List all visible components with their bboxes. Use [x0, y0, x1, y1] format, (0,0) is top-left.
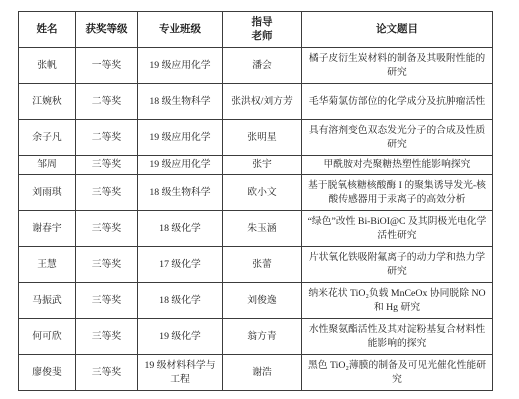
thesis-title-cell: 甲酰胺对壳聚糖热塑性能影响探究 [302, 156, 493, 175]
student-name-cell: 马振武 [19, 283, 76, 319]
header-thesis-title: 论文题目 [302, 12, 493, 48]
award-level-cell: 三等奖 [76, 247, 138, 283]
major-class-cell: 18 级化学 [138, 283, 223, 319]
student-name-cell: 江婉秋 [19, 84, 76, 120]
thesis-title-cell: 基于脱氧核糖核酸酶 I 的聚集诱导发光-核酸传感器用于汞离子的高效分析 [302, 175, 493, 211]
student-name-cell: 邹周 [19, 156, 76, 175]
student-name-cell: 谢春宇 [19, 211, 76, 247]
thesis-title-cell: 水性聚氨酯活性及其对淀粉基复合材料性能影响的探究 [302, 319, 493, 355]
thesis-title-cell: “绿色”改性 Bi-BiOI@C 及其阴极光电化学活性研究 [302, 211, 493, 247]
header-major: 专业班级 [138, 12, 223, 48]
awards-table: 姓名 获奖等级 专业班级 指导老师 论文题目 张帆 一等奖 19 级应用化学 潘… [18, 11, 493, 391]
table-row: 江婉秋 二等奖 18 级生物科学 张洪权/刘方芳 毛华菊氯仿部位的化学成分及抗肿… [19, 84, 493, 120]
major-class-cell: 18 级化学 [138, 211, 223, 247]
table-row: 王慧 三等奖 17 级化学 张蕾 片状氧化铁吸附氟离子的动力学和热力学研究 [19, 247, 493, 283]
award-level-cell: 一等奖 [76, 48, 138, 84]
table-row: 马振武 三等奖 18 级化学 刘俊逸 纳米花状 TiO₂负载 MnCeOx 协同… [19, 283, 493, 319]
thesis-title-cell: 毛华菊氯仿部位的化学成分及抗肿瘤活性 [302, 84, 493, 120]
header-advisor-label: 指导老师 [250, 16, 274, 44]
advisor-cell: 欧小文 [223, 175, 302, 211]
table-row: 张帆 一等奖 19 级应用化学 潘会 橘子皮衍生炭材料的制备及其吸附性能的研究 [19, 48, 493, 84]
award-level-cell: 三等奖 [76, 211, 138, 247]
thesis-title-cell: 橘子皮衍生炭材料的制备及其吸附性能的研究 [302, 48, 493, 84]
thesis-title-cell: 具有溶剂变色双态发光分子的合成及性质研究 [302, 120, 493, 156]
major-class-cell: 19 级材料科学与工程 [138, 355, 223, 391]
thesis-title-cell: 纳米花状 TiO₂负载 MnCeOx 协同脱除 NO 和 Hg 研究 [302, 283, 493, 319]
major-class-cell: 18 级生物科学 [138, 84, 223, 120]
advisor-cell: 张洪权/刘方芳 [223, 84, 302, 120]
table-header-row: 姓名 获奖等级 专业班级 指导老师 论文题目 [19, 12, 493, 48]
table-row: 何可欣 三等奖 19 级化学 翁方青 水性聚氨酯活性及其对淀粉基复合材料性能影响… [19, 319, 493, 355]
student-name-cell: 刘雨琪 [19, 175, 76, 211]
student-name-cell: 何可欣 [19, 319, 76, 355]
table-row: 余子凡 二等奖 19 级应用化学 张明星 具有溶剂变色双态发光分子的合成及性质研… [19, 120, 493, 156]
thesis-title-cell: 片状氧化铁吸附氟离子的动力学和热力学研究 [302, 247, 493, 283]
student-name-cell: 张帆 [19, 48, 76, 84]
student-name-cell: 廖俊斐 [19, 355, 76, 391]
header-award: 获奖等级 [76, 12, 138, 48]
advisor-cell: 刘俊逸 [223, 283, 302, 319]
major-class-cell: 19 级化学 [138, 319, 223, 355]
advisor-cell: 张明星 [223, 120, 302, 156]
table-row: 邹周 三等奖 19 级应用化学 张宇 甲酰胺对壳聚糖热塑性能影响探究 [19, 156, 493, 175]
major-class-cell: 18 级生物科学 [138, 175, 223, 211]
table-row: 谢春宇 三等奖 18 级化学 朱玉涵 “绿色”改性 Bi-BiOI@C 及其阴极… [19, 211, 493, 247]
table-row: 廖俊斐 三等奖 19 级材料科学与工程 谢浩 黑色 TiO₂薄膜的制备及可见光催… [19, 355, 493, 391]
thesis-title-cell: 黑色 TiO₂薄膜的制备及可见光催化性能研究 [302, 355, 493, 391]
advisor-cell: 翁方青 [223, 319, 302, 355]
major-class-cell: 19 级应用化学 [138, 48, 223, 84]
award-level-cell: 三等奖 [76, 355, 138, 391]
advisor-cell: 朱玉涵 [223, 211, 302, 247]
award-level-cell: 二等奖 [76, 120, 138, 156]
award-level-cell: 三等奖 [76, 175, 138, 211]
award-level-cell: 三等奖 [76, 156, 138, 175]
major-class-cell: 19 级应用化学 [138, 120, 223, 156]
award-level-cell: 二等奖 [76, 84, 138, 120]
header-name: 姓名 [19, 12, 76, 48]
award-level-cell: 三等奖 [76, 283, 138, 319]
header-advisor: 指导老师 [223, 12, 302, 48]
major-class-cell: 17 级化学 [138, 247, 223, 283]
table-row: 刘雨琪 三等奖 18 级生物科学 欧小文 基于脱氧核糖核酸酶 I 的聚集诱导发光… [19, 175, 493, 211]
student-name-cell: 余子凡 [19, 120, 76, 156]
award-level-cell: 三等奖 [76, 319, 138, 355]
advisor-cell: 张蕾 [223, 247, 302, 283]
advisor-cell: 潘会 [223, 48, 302, 84]
advisor-cell: 谢浩 [223, 355, 302, 391]
major-class-cell: 19 级应用化学 [138, 156, 223, 175]
student-name-cell: 王慧 [19, 247, 76, 283]
advisor-cell: 张宇 [223, 156, 302, 175]
